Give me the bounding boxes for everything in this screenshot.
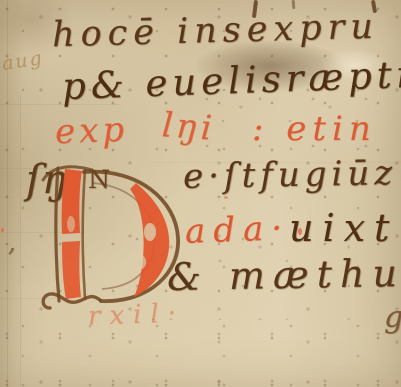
text-line-4: e·ſtfugiūz bbox=[183, 156, 398, 194]
rubric-line-seg1: exp bbox=[54, 113, 128, 150]
paint-flake-1 bbox=[144, 223, 156, 241]
red-fleck-2 bbox=[146, 264, 151, 268]
cropped-descender-2 bbox=[292, 0, 296, 9]
initial-inset-letter: N bbox=[88, 167, 110, 192]
vertical-crease-inner bbox=[20, 95, 21, 387]
edge-descender-glyph: g bbox=[384, 303, 401, 333]
red-fleck-1 bbox=[298, 228, 302, 235]
paint-flake-2 bbox=[136, 255, 146, 269]
speckle-cluster-bottom bbox=[0, 325, 401, 387]
red-fleck-3 bbox=[1, 228, 4, 232]
text-line-5-rubric: ada· bbox=[184, 211, 290, 249]
manuscript-page: hocē insexpru aug p& euelisræpti exp lŋi… bbox=[0, 0, 401, 387]
red-fleck-4 bbox=[224, 196, 228, 199]
initial-stem-outline-left bbox=[56, 168, 59, 301]
initial-stem-fill-lower bbox=[62, 241, 81, 299]
corner-comma-mark: ’ bbox=[7, 246, 15, 272]
paint-flake-3 bbox=[67, 216, 75, 232]
text-line-5: uixt bbox=[289, 209, 398, 247]
text-line-6: & mæthu bbox=[167, 254, 401, 296]
text-line-2: p& euelisræpti bbox=[61, 56, 401, 105]
rubric-line-seg2: lŋi bbox=[161, 108, 216, 146]
margin-note: aug bbox=[1, 49, 45, 74]
text-line-1: hocē insexpru bbox=[52, 10, 380, 54]
rubric-line-seg3: : etin bbox=[252, 112, 377, 146]
initial-stem-outline-right bbox=[83, 170, 85, 298]
rubric-line-faded: rxil· bbox=[88, 300, 186, 329]
initial-D bbox=[38, 160, 188, 312]
